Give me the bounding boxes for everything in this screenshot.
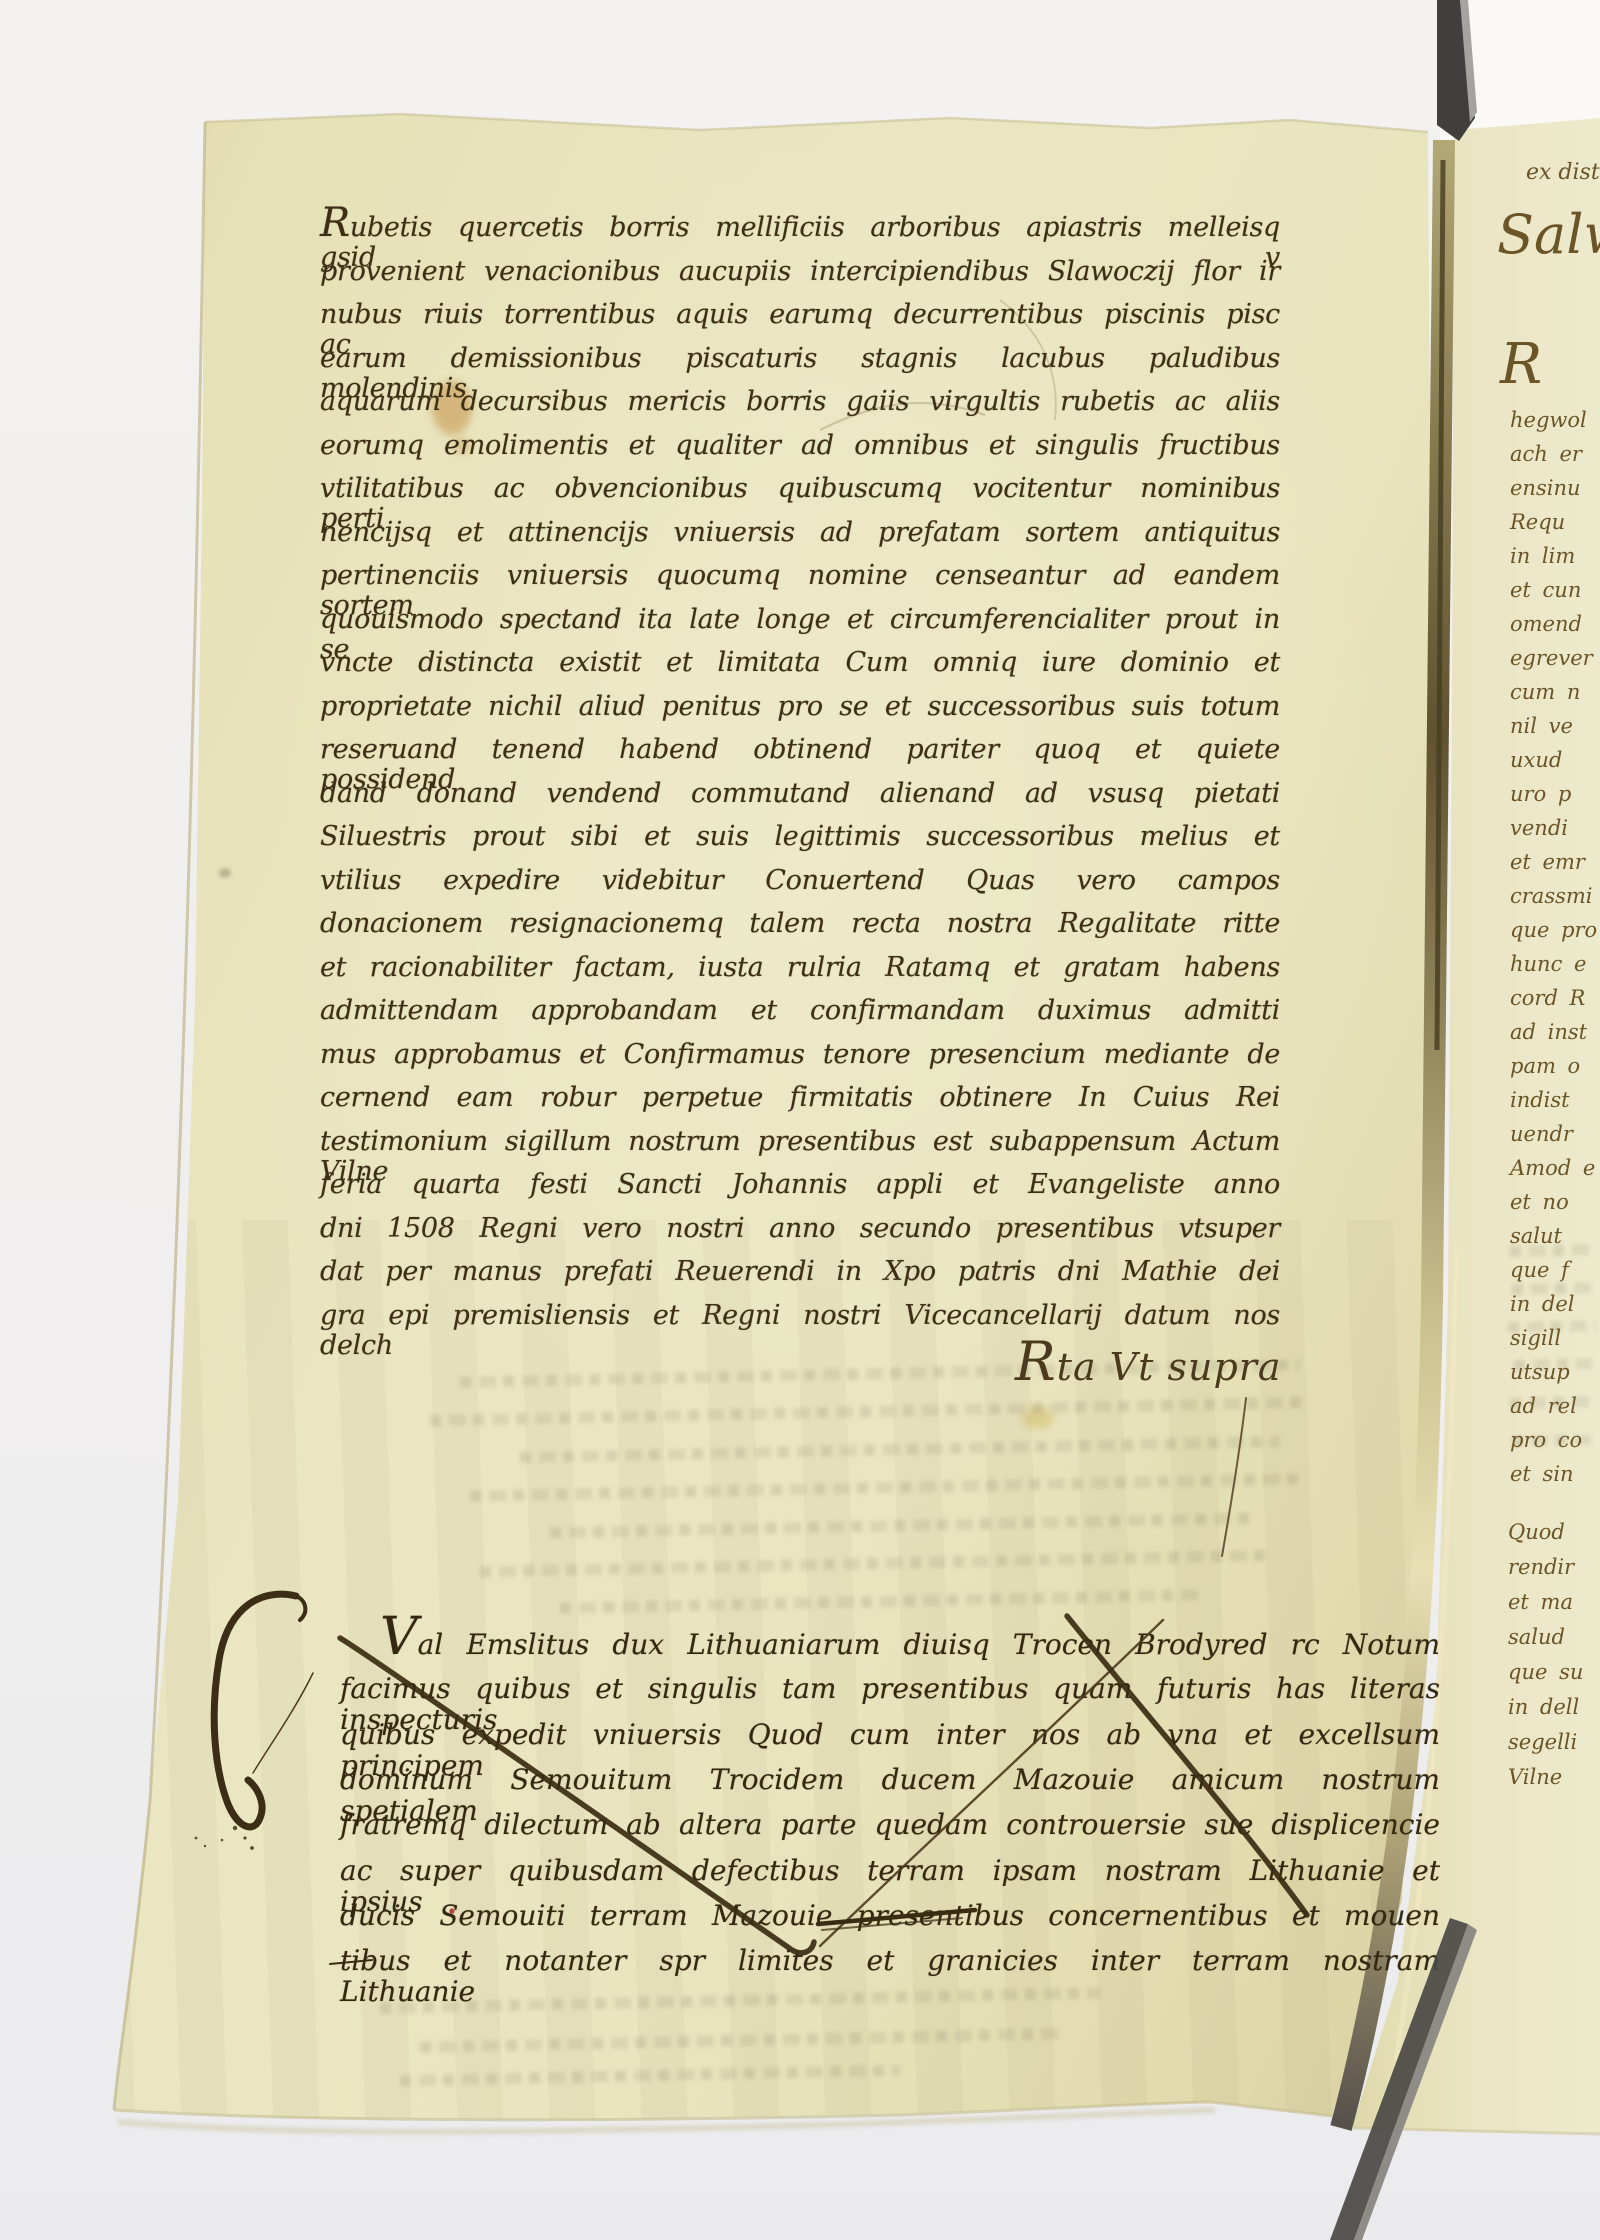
book-clasp-bottom-highlight <box>1354 1924 1477 2240</box>
margin-flourish-hairline <box>253 1673 313 1773</box>
signature-tail-stroke <box>1222 1398 1246 1556</box>
manuscript-scan: Rubetis quercetis borris mellificiis arb… <box>0 0 1600 2240</box>
book-clasp-bottom <box>1330 1918 1468 2240</box>
abbreviation-underline <box>330 1960 372 1964</box>
word-strikethrough <box>818 1910 975 1924</box>
ink-overlay <box>0 0 1600 2240</box>
margin-flourish <box>214 1594 296 1827</box>
cancellation-stroke-right <box>1067 1616 1307 1915</box>
margin-flourish-hook <box>296 1596 305 1620</box>
cancellation-stroke-left <box>340 1638 814 1953</box>
